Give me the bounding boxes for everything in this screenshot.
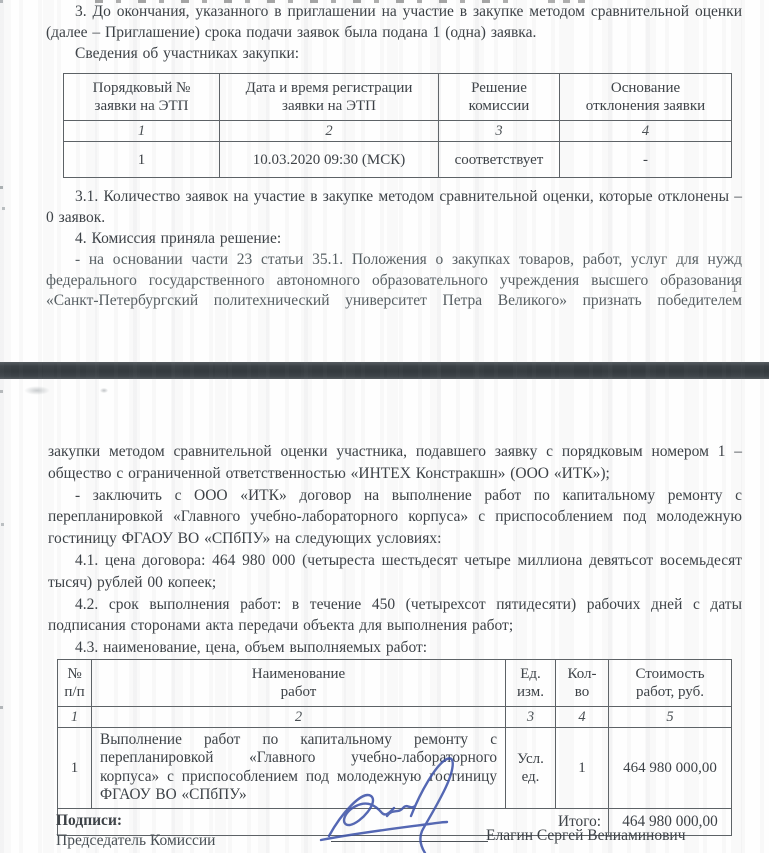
signature-area: Подписи: Председатель Комиссии Елагин Се… [0, 0, 769, 853]
handwritten-signature [315, 756, 515, 853]
scanned-protocol-document: 3. До окончания, указанного в приглашени… [0, 0, 769, 853]
signatures-title: Подписи: [56, 812, 122, 830]
chairman-name: Елагин Сергей Вениаминович [486, 827, 686, 845]
chairman-role-label: Председатель Комиссии [56, 832, 215, 850]
